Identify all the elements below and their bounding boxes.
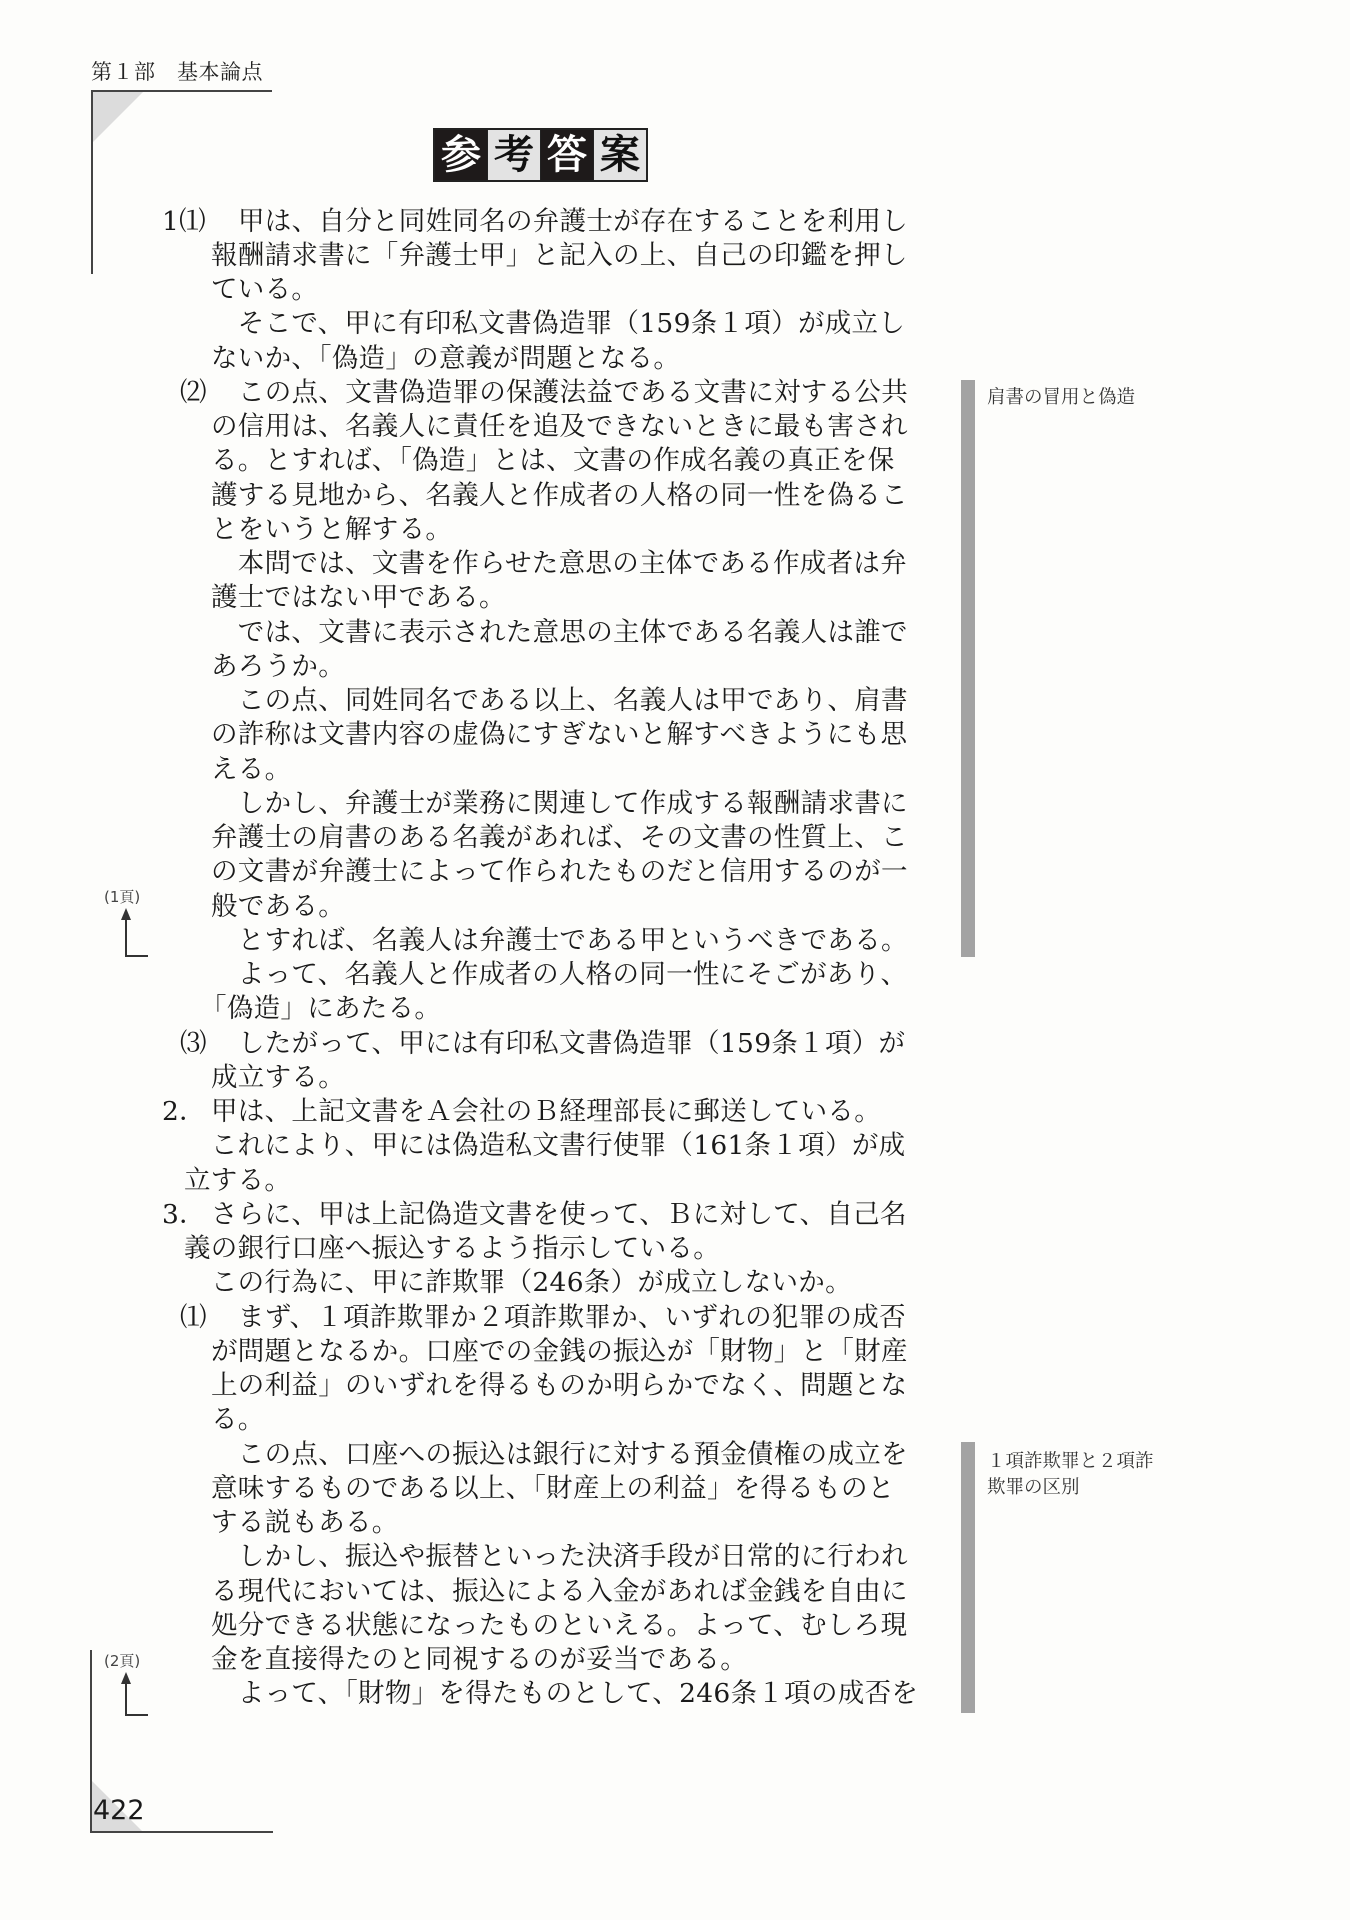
page-ref-bracket [125,1682,127,1716]
title-char: 答 [540,130,593,180]
body-line: ⑶したがって、甲には有印私文書偽造罪（159条１項）が [180,1027,905,1061]
title-char: 案 [593,130,646,180]
margin-note: 欺罪の区別 [987,1475,1080,1501]
body-line: 3．さらに、甲は上記偽造文書を使って、Ｂに対して、自己名 [162,1198,907,1232]
margin-note: １項詐欺罪と２項詐 [987,1449,1154,1475]
body-line: この点、同姓同名である以上、名義人は甲であり、肩書 [211,684,908,718]
running-header: 第１部 基本論点 [91,56,263,86]
page-ref-bracket [125,955,148,957]
body-line: の信用は、名義人に責任を追及できないときに最も害され [211,410,908,444]
body-line: この行為に、甲に詐欺罪（246条）が成立しないか。 [184,1266,852,1300]
body-line: そこで、甲に有印私文書偽造罪（159条１項）が成立し [211,307,905,341]
footer-rule [90,1831,273,1833]
page-ref-bracket [125,918,127,957]
item-label: ⑴ [180,1301,238,1335]
body-line: では、文書に表示された意思の主体である名義人は誰で [211,616,908,650]
body-line: 弁護士の肩書のある名義があれば、その文書の性質上、こ [211,821,908,855]
body-line: 「偽造」にあたる。 [200,992,441,1026]
body-line: ている。 [211,273,318,307]
body-line: これにより、甲には偽造私文書行使罪（161条１項）が成 [184,1129,905,1163]
body-line: この点、口座への振込は銀行に対する預金債権の成立を [211,1438,908,1472]
body-line: 般である。 [211,890,345,924]
body-line: る現代においては、振込による入金があれば金銭を自由に [211,1575,908,1609]
body-line: よって、「財物」を得たものとして、246条１項の成否を [211,1677,918,1711]
body-line: える。 [211,753,291,787]
item-label: ⑵ [180,376,238,410]
body-line: 1⑴甲は、自分と同姓同名の弁護士が存在することを利用し [162,205,908,239]
body-line: あろうか。 [211,650,345,684]
top-corner-decoration [93,92,143,142]
page-number: 422 [93,1795,145,1826]
body-line: の文書が弁護士によって作られたものだと信用するのが一 [211,855,908,889]
page-ref-bracket [125,1714,148,1716]
body-line: する説もある。 [211,1506,399,1540]
body-line: の詐称は文書内容の虚偽にすぎないと解すべきようにも思 [211,718,907,752]
body-line: 護する見地から、名義人と作成者の人格の同一性を偽るこ [211,479,908,513]
item-label: 1⑴ [162,205,238,239]
body-line: 義の銀行口座へ振込するよう指示している。 [184,1232,720,1266]
body-line: 意味するものである以上、「財産上の利益」を得るものと [211,1472,895,1506]
page-reference: (2頁) [104,1650,140,1671]
body-line: る。 [211,1403,265,1437]
margin-bar [961,380,975,957]
body-line: しかし、振込や振替といった決済手段が日常的に行われ [211,1540,908,1574]
item-label: 2． [162,1095,211,1129]
body-line: よって、名義人と作成者の人格の同一性にそごがあり、 [211,958,907,992]
body-line: 上の利益」のいずれを得るものか明らかでなく、問題とな [211,1369,907,1403]
item-label: 3． [162,1198,211,1232]
page-reference: (1頁) [104,886,140,907]
title-char: 参 [435,130,487,180]
body-line: 報酬請求書に「弁護士甲」と記入の上、自己の印鑑を押し [211,239,908,273]
body-line: 本問では、文書を作らせた意思の主体である作成者は弁 [211,547,907,581]
body-line: 成立する。 [211,1061,345,1095]
body-line: 立する。 [184,1164,291,1198]
body-line: 金を直接得たのと同視するのが妥当である。 [211,1643,747,1677]
body-line: しかし、弁護士が業務に関連して作成する報酬請求書に [211,787,908,821]
body-line: ⑵この点、文書偽造罪の保護法益である文書に対する公共 [180,376,908,410]
body-line: とをいうと解する。 [211,513,452,547]
title-box: 参 考 答 案 [433,128,648,182]
body-line: ないか、「偽造」の意義が問題となる。 [211,342,680,376]
body-line: が問題となるか。口座での金銭の振込が「財物」と「財産 [211,1335,908,1369]
title-char: 考 [487,130,540,180]
body-line: る。とすれば、「偽造」とは、文書の作成名義の真正を保 [211,444,895,478]
body-line: ⑴まず、１項詐欺罪か２項詐欺罪か、いずれの犯罪の成否 [180,1301,906,1335]
body-line: 護士ではない甲である。 [211,581,506,615]
body-line: 2．甲は、上記文書をＡ会社のＢ経理部長に郵送している。 [162,1095,881,1129]
body-line: とすれば、名義人は弁護士である甲というべきである。 [211,924,908,958]
margin-note: 肩書の冒用と偽造 [987,385,1135,411]
item-label: ⑶ [180,1027,238,1061]
body-line: 処分できる状態になったものといえる。よって、むしろ現 [211,1609,907,1643]
margin-bar [961,1442,975,1713]
